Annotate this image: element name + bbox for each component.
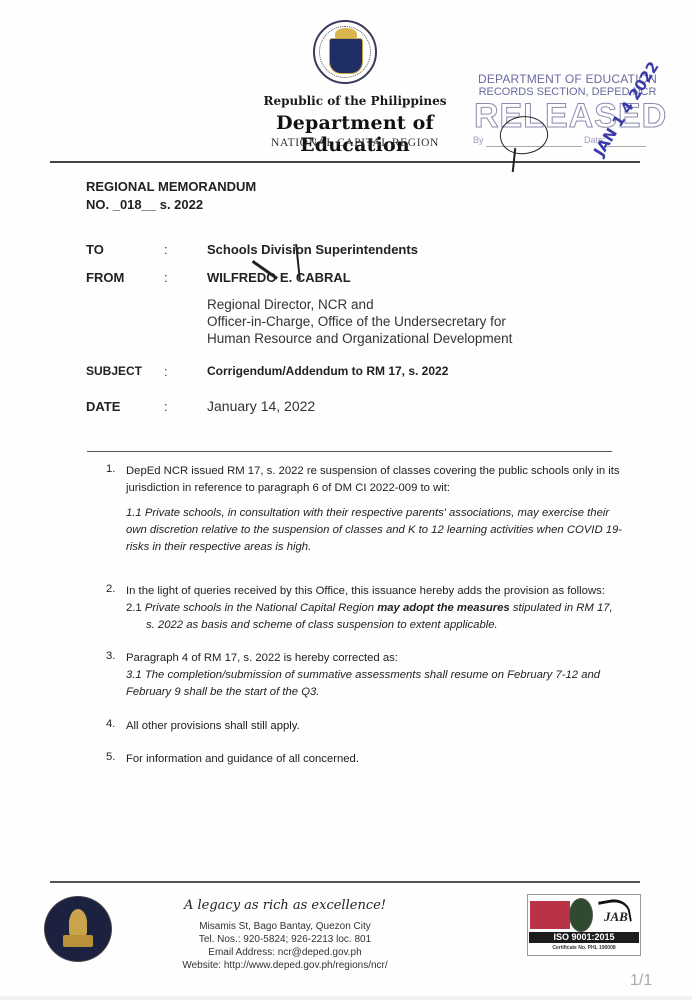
item-line: DepEd NCR issued RM 17, s. 2022 re suspe… — [126, 463, 636, 480]
iso-certificate: Certificate No. PHL 190008 — [529, 945, 639, 951]
sub-item-line: February 9 shall be the start of the Q3. — [126, 684, 636, 701]
sub-item-line: risks in their respective areas is high. — [126, 539, 636, 556]
lamp-icon — [69, 909, 87, 937]
from-colon: : — [164, 270, 168, 285]
deped-ncr-seal-icon — [44, 896, 112, 962]
bureau-veritas-icon — [569, 898, 593, 932]
iso-certification-badge: JAB ISO 9001:2015 Certificate No. PHL 19… — [527, 894, 641, 956]
from-title: Regional Director, NCR and Officer-in-Ch… — [207, 296, 512, 347]
address: Misamis St, Bago Bantay, Quezon City — [150, 921, 420, 932]
sub-item-text: Private schools in the National Capital … — [145, 602, 377, 614]
jab-logo: JAB — [604, 909, 628, 925]
list-item: Paragraph 4 of RM 17, s. 2022 is hereby … — [126, 650, 636, 667]
sub-item: 2.1 Private schools in the National Capi… — [126, 600, 636, 617]
republic-heading: Republic of the Philippines — [240, 94, 470, 108]
list-item: All other provisions shall still apply. — [126, 718, 636, 735]
list-item: DepEd NCR issued RM 17, s. 2022 re suspe… — [126, 463, 636, 497]
item-line: jurisdiction in reference to paragraph 6… — [126, 480, 636, 497]
iso-standard: ISO 9001:2015 — [529, 932, 639, 943]
item-number: 5. — [106, 751, 115, 763]
telephone: Tel. Nos.: 920-5824; 926-2213 loc. 801 — [150, 934, 420, 945]
sub-item-number: 2.1 — [126, 602, 142, 614]
department-heading: Department of Education — [225, 112, 485, 156]
document-page: Republic of the Philippines Department o… — [0, 0, 692, 996]
deped-seal-icon — [313, 20, 377, 84]
seal-base — [63, 935, 93, 947]
date-colon: : — [164, 399, 168, 414]
website: Website: http://www.deped.gov.ph/regions… — [150, 960, 420, 971]
email: Email Address: ncr@deped.gov.ph — [150, 947, 420, 958]
header-divider — [50, 161, 640, 163]
item-line: Paragraph 4 of RM 17, s. 2022 is hereby … — [126, 650, 636, 667]
sub-item-line: s. 2022 as basis and scheme of class sus… — [146, 617, 636, 634]
item-number: 2. — [106, 583, 115, 595]
from-title-line: Human Resource and Organizational Develo… — [207, 330, 512, 347]
to-value: Schools Division Superintendents — [207, 242, 418, 257]
item-number: 3. — [106, 650, 115, 662]
sub-item-emphasis: may adopt the measures — [377, 602, 509, 614]
sub-item-line: own discretion relative to the suspensio… — [126, 522, 636, 539]
item-line: In the light of queries received by this… — [126, 583, 636, 600]
from-label: FROM — [86, 270, 124, 285]
sub-item: 3.1 The completion/submission of summati… — [126, 667, 636, 701]
tuv-logo-icon — [530, 901, 570, 929]
list-item: In the light of queries received by this… — [126, 583, 636, 600]
stamp-by-label: By — [473, 135, 484, 145]
page-indicator: 1/1 — [630, 972, 652, 990]
region-heading: NATIONAL CAPITAL REGION — [240, 137, 470, 149]
item-number: 1. — [106, 463, 115, 475]
sub-item-line: 1.1 Private schools, in consultation wit… — [126, 505, 636, 522]
sub-item-line: 3.1 The completion/submission of summati… — [126, 667, 636, 684]
from-title-line: Regional Director, NCR and — [207, 296, 512, 313]
subject-value: Corrigendum/Addendum to RM 17, s. 2022 — [207, 364, 448, 378]
subject-colon: : — [164, 364, 168, 379]
subject-label: SUBJECT — [86, 364, 142, 378]
memo-type: REGIONAL MEMORANDUM — [86, 179, 256, 194]
item-number: 4. — [106, 718, 115, 730]
list-item: For information and guidance of all conc… — [126, 751, 636, 768]
date-value: January 14, 2022 — [207, 398, 315, 414]
sub-item-text: stipulated in RM 17, — [510, 602, 613, 614]
date-label: DATE — [86, 399, 120, 414]
to-colon: : — [164, 242, 168, 257]
to-label: TO — [86, 242, 104, 257]
tagline: A legacy as rich as excellence! — [150, 898, 420, 913]
footer-divider — [50, 881, 640, 883]
sub-item: 1.1 Private schools, in consultation wit… — [126, 505, 636, 556]
body-divider — [87, 451, 612, 452]
memo-number: NO. _018__ s. 2022 — [86, 197, 203, 212]
from-title-line: Officer-in-Charge, Office of the Underse… — [207, 313, 512, 330]
viewer-bottom-strip — [0, 996, 692, 1000]
shield-icon — [329, 38, 363, 74]
